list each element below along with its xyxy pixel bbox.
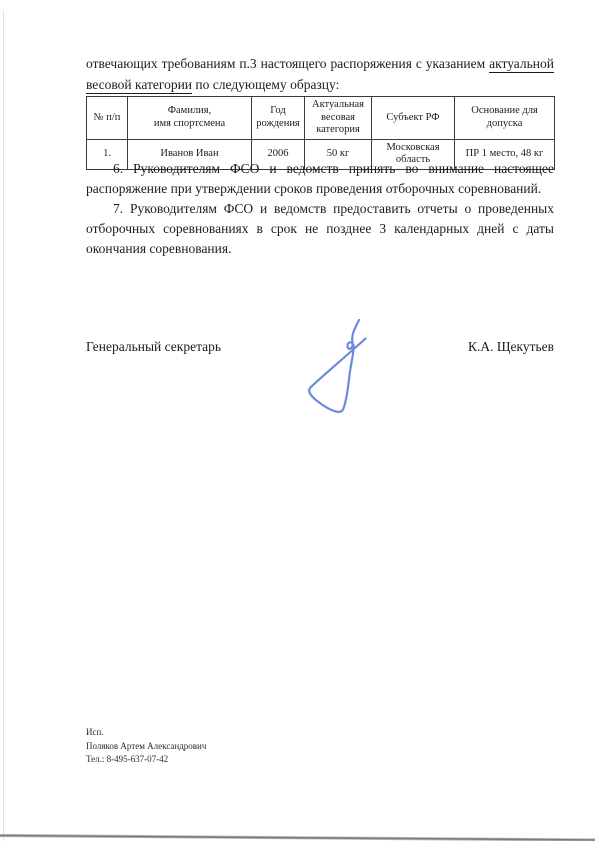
executor-phone: Тел.: 8-495-637-07-42: [86, 753, 206, 767]
scan-edge-left: [3, 10, 4, 841]
col-header-birth-year: Год рождения: [252, 97, 305, 140]
col-header-region: Субъект РФ: [372, 97, 455, 140]
col-header-number: № п/п: [87, 97, 128, 140]
body-paragraphs: 6. Руководителям ФСО и ведомств принять …: [86, 159, 554, 259]
intro-text-before: отвечающих требованиям п.3 настоящего ра…: [86, 56, 489, 71]
document-page: отвечающих требованиям п.3 настоящего ра…: [0, 0, 595, 841]
executor-block: Исп. Поляков Артем Александрович Тел.: 8…: [86, 726, 206, 767]
intro-text-after: по следующему образцу:: [192, 77, 339, 92]
executor-label: Исп.: [86, 726, 206, 740]
col-header-name: Фамилия, имя спортсмена: [128, 97, 252, 140]
document-content: отвечающих требованиям п.3 настоящего ра…: [86, 0, 554, 841]
signatory-name: К.А. Щекутьев: [468, 339, 554, 355]
table-header-row: № п/п Фамилия, имя спортсмена Год рожден…: [87, 97, 555, 140]
col-header-weight-category: Актуальная весовая категория: [305, 97, 372, 140]
paragraph-6: 6. Руководителям ФСО и ведомств принять …: [86, 159, 554, 199]
intro-paragraph: отвечающих требованиям п.3 настоящего ра…: [86, 53, 554, 95]
signature-ink: [301, 315, 371, 419]
paragraph-7: 7. Руководителям ФСО и ведомств предоста…: [86, 199, 554, 259]
signature-stroke: [309, 320, 365, 412]
executor-name: Поляков Артем Александрович: [86, 740, 206, 754]
scan-edge-bottom: [0, 831, 595, 841]
col-header-admission-basis: Основание для допуска: [455, 97, 555, 140]
signatory-title: Генеральный секретарь: [86, 339, 221, 355]
